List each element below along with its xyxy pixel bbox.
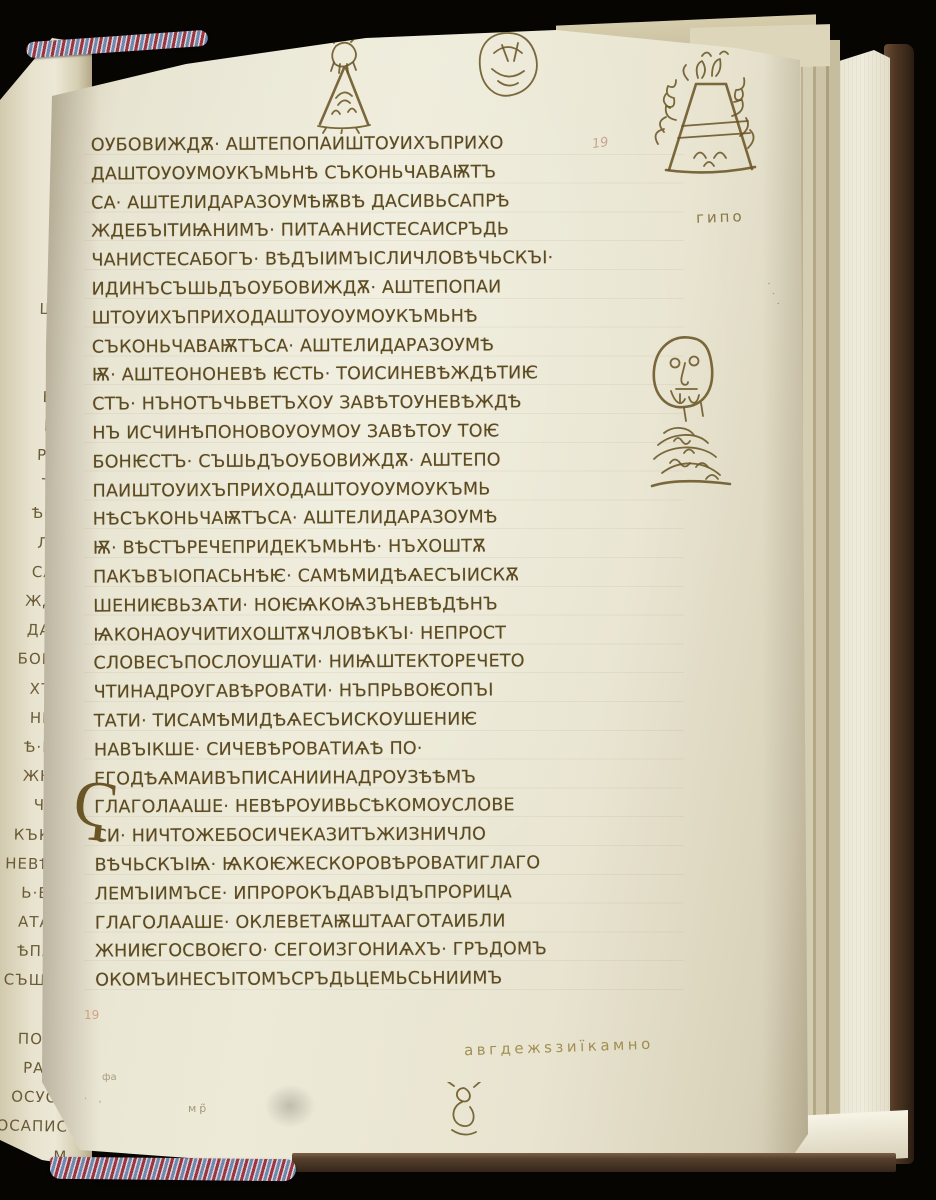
text-line: ПАИШТОУИХЪПРИХОДАШТОУОУМОУКЪМЬ	[93, 474, 693, 506]
main-text-block: ОУБОВИЖДѪ· АШТЕПОПАИШТОУИХЪПРИХОДАШТОУОУ…	[91, 128, 696, 995]
text-line: ЛЕМЪІИМЪСЕ· ИПРОРОКЪДАВЪІДЪПРОРИЦА	[95, 877, 695, 909]
text-line: ГЛАГОЛААШЕ· ОКЛЕВЕТАѬШТААГОТАИБЛИ	[95, 906, 695, 938]
right-margin-note: гипо	[696, 207, 745, 227]
circle-scribble-doodle-icon	[472, 28, 544, 102]
text-line: ТАТИ· ТИСАМѢМИДѢѦЕСЪИСКОУШЕНИѤ	[94, 704, 694, 736]
text-line: СА· АШТЕЛИДАРАЗОУМѢѬВѢ ДАСИВЬСАПРѢ	[91, 186, 691, 218]
text-line: НЪ ИСЧИНѢПОНОВОУОУМОУ ЗАВѢТОУ ТОѤ	[92, 416, 692, 448]
small-figure-doodle-icon	[442, 1082, 486, 1142]
text-line: ЕГОДѢѦМАИВЪПИСАНИИНАДРОУЗѢѢМЪ	[94, 762, 694, 794]
text-line: Ѭ· ВѢСТЪРЕЧЕПРИДЕКЪМЬНѢ· НЪХОШТѪ	[93, 532, 693, 564]
endband-bottom	[50, 1157, 296, 1182]
text-line: ЧТИНАДРОУГАВѢРОВАТИ· НЪПРЬВОѤОПЪІ	[94, 676, 694, 708]
pen-trial-alphabet-note: авгдежѕзиїкамно	[464, 1035, 654, 1060]
folio-number-bottom: 19	[84, 1008, 99, 1022]
manuscript-page: ОУБОВИЖДѪ· АШТЕПОПАИШТОУИХЪПРИХОДАШТОУОУ…	[36, 26, 814, 1174]
manuscript-photo: ѢЛЬЪДАТЪХ·НѢЗБѢИВОШЕ·НИСЕВИДЬ·ИХНИѦРАВИТ…	[0, 0, 936, 1200]
text-line: ИДИНЪСЪШЬДЪОУБОВИЖДѪ· АШТЕПОПАИ	[91, 272, 691, 304]
small-ink-mark: мр̃	[188, 1102, 209, 1115]
text-line: ВѢЧЬСКЪІѨ· ѨКОѤЖЕСКОРОВѢРОВАТИГЛАГО	[95, 848, 695, 880]
text-line: ЧАНИСТЕСАБОГЪ· ВѢДЪІИМЪІСЛИЧЛОВѢЧЬСКЪІ·	[91, 244, 691, 276]
text-line: СИ· НИЧТОЖЕБОСИЧЕКАЗИТЪЖИЗНИЧЛО	[94, 820, 694, 852]
text-line: ОКОМЪИНЕСЪІТОМЪСРЪДЬЦЕМЬСЬНИИМЪ	[95, 964, 695, 996]
text-line: СТЪ· НЪНОТЪЧЬВЕТЪХОУ ЗАВѢТОУНЕВѢЖДѢ	[92, 388, 692, 420]
endband-top	[26, 30, 209, 59]
text-line: ЖДЕБЪІТИѨНИМЪ· ПИТАѦНИСТЕСАИСРЪДЬ	[91, 215, 691, 247]
small-ink-mark: · ‚	[84, 1094, 106, 1105]
text-line: ШТОУИХЪПРИХОДАШТОУОУМОУКЪМЬНѢ	[92, 301, 692, 333]
text-line: НАВЪІКШЕ· СИЧЕВѢРОВАТИѦѢ ПО·	[94, 733, 694, 765]
text-fragment: ОСАПИС	[0, 1111, 68, 1142]
parchment-stain	[264, 1084, 316, 1128]
modern-flyleaf-edge	[836, 50, 890, 1160]
tent-doodle-icon	[636, 46, 768, 178]
drop-initial-letter: Ҁ	[71, 772, 121, 836]
folio-number-top: 19	[591, 135, 609, 152]
text-line: СЪКОНЬЧАВАѬТЪСА· АШТЕЛИДАРАЗОУМѢ	[92, 330, 692, 362]
bearded-figure-doodle-icon	[304, 38, 384, 134]
text-line: ШЕНИѤВЬЗѦТИ· НОѤѨКОѨЗЪНЕВѢДѢНЪ	[93, 589, 693, 621]
book-cover-bottom-edge	[292, 1153, 896, 1172]
text-line: Ѭ· АШТЕОНОНЕВѢ ѤСТЬ· ТОИСИНЕВѢЖДѢТИѤ	[92, 359, 692, 391]
text-line: ДАШТОУОУМОУКЪМЬНѢ СЪКОНЬЧАВАѬТЪ	[91, 157, 691, 189]
text-line: ПАКЪВЪІОПАСЬНѢѤ· САМѢМИДѢѦЕСЪІИСКѪ	[93, 560, 693, 592]
text-line: ЖНИѤГОСВОѤГО· СЕГОИЗГОНИѦХЪ· ГРЪДОМЪ	[95, 935, 695, 967]
bearded-bust-doodle-icon	[644, 332, 746, 502]
text-line: СЛОВЕСЪПОСЛОУШАТИ· НИѨШТЕКТОРЕЧЕТО	[93, 647, 693, 679]
small-ink-mark: фа	[102, 1072, 117, 1083]
text-line: БОНѤСТЪ· СЪШЬДЪОУБОВИЖДѪ· АШТЕПО	[92, 445, 692, 477]
text-line: НѢСЪКОНЬЧАѬТЪСА· АШТЕЛИДАРАЗОУМѢ	[93, 503, 693, 535]
text-line: ѨКОНАОУЧИТИХОШТѪЧЛОВѢКЪІ· НЕПРОСТ	[93, 618, 693, 650]
text-line: ГЛАГОЛААШЕ· НЕВѢРОУИВЬСѢКОМОУСЛОВЕ	[94, 791, 694, 823]
